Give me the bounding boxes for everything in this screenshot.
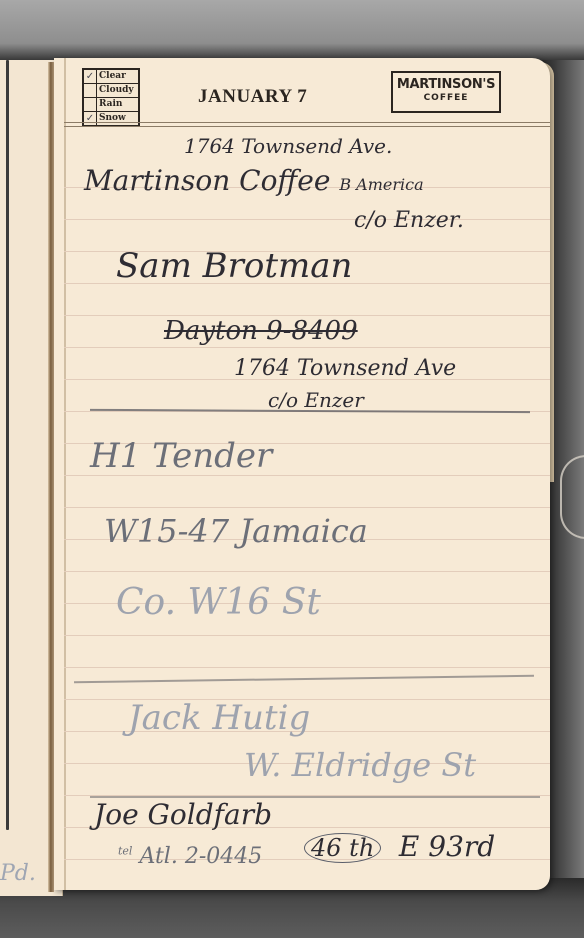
entry-sam-brotman: Sam Brotman — [116, 246, 352, 286]
diary-page: ✓ Clear Cloudy Rain ✓ Snow JANUARY 7 MAR… — [54, 58, 550, 890]
weather-option-rain[interactable]: Rain — [84, 98, 138, 112]
entry-address-1: 1764 Townsend Ave. — [184, 134, 392, 158]
header-rule — [64, 122, 550, 127]
check-icon — [84, 84, 97, 97]
weather-option-clear[interactable]: ✓ Clear — [84, 70, 138, 84]
left-page-rule — [6, 60, 9, 830]
check-icon: ✓ — [84, 70, 97, 83]
background-top — [0, 0, 584, 62]
weather-box: ✓ Clear Cloudy Rain ✓ Snow — [82, 68, 140, 127]
entry-phone-struck: Dayton 9-8409 — [164, 316, 358, 346]
page-header: ✓ Clear Cloudy Rain ✓ Snow JANUARY 7 MAR… — [54, 58, 550, 130]
entry-phone-atlantic: tel Atl. 2-0445 — [118, 844, 262, 869]
entry-address-3: 46 th E 93rd — [304, 830, 495, 863]
entry-martinson-coffee: Martinson Coffee B America — [84, 164, 424, 197]
entry-joe-goldfarb: Joe Goldfarb — [94, 798, 272, 831]
entry-tender: H1 Tender — [90, 436, 272, 476]
weather-option-cloudy[interactable]: Cloudy — [84, 84, 138, 98]
entry-care-of-2: c/o Enzer — [268, 388, 364, 412]
page-date: JANUARY 7 — [198, 86, 307, 108]
binding-wire — [560, 455, 584, 539]
entry-jamaica: W15-47 Jamaica — [104, 512, 368, 550]
entry-eldridge: W. Eldridge St — [244, 746, 476, 784]
check-icon — [84, 98, 97, 111]
entry-care-of-1: c/o Enzer. — [354, 208, 464, 233]
entry-co-w16: Co. W16 St — [116, 582, 321, 623]
entry-address-2: 1764 Townsend Ave — [234, 356, 456, 381]
entry-jack-hutig: Jack Hutig — [128, 698, 310, 738]
brand-logo: MARTINSON'S COFFEE — [391, 71, 501, 113]
left-page-scrawl: Pd. — [0, 861, 36, 886]
